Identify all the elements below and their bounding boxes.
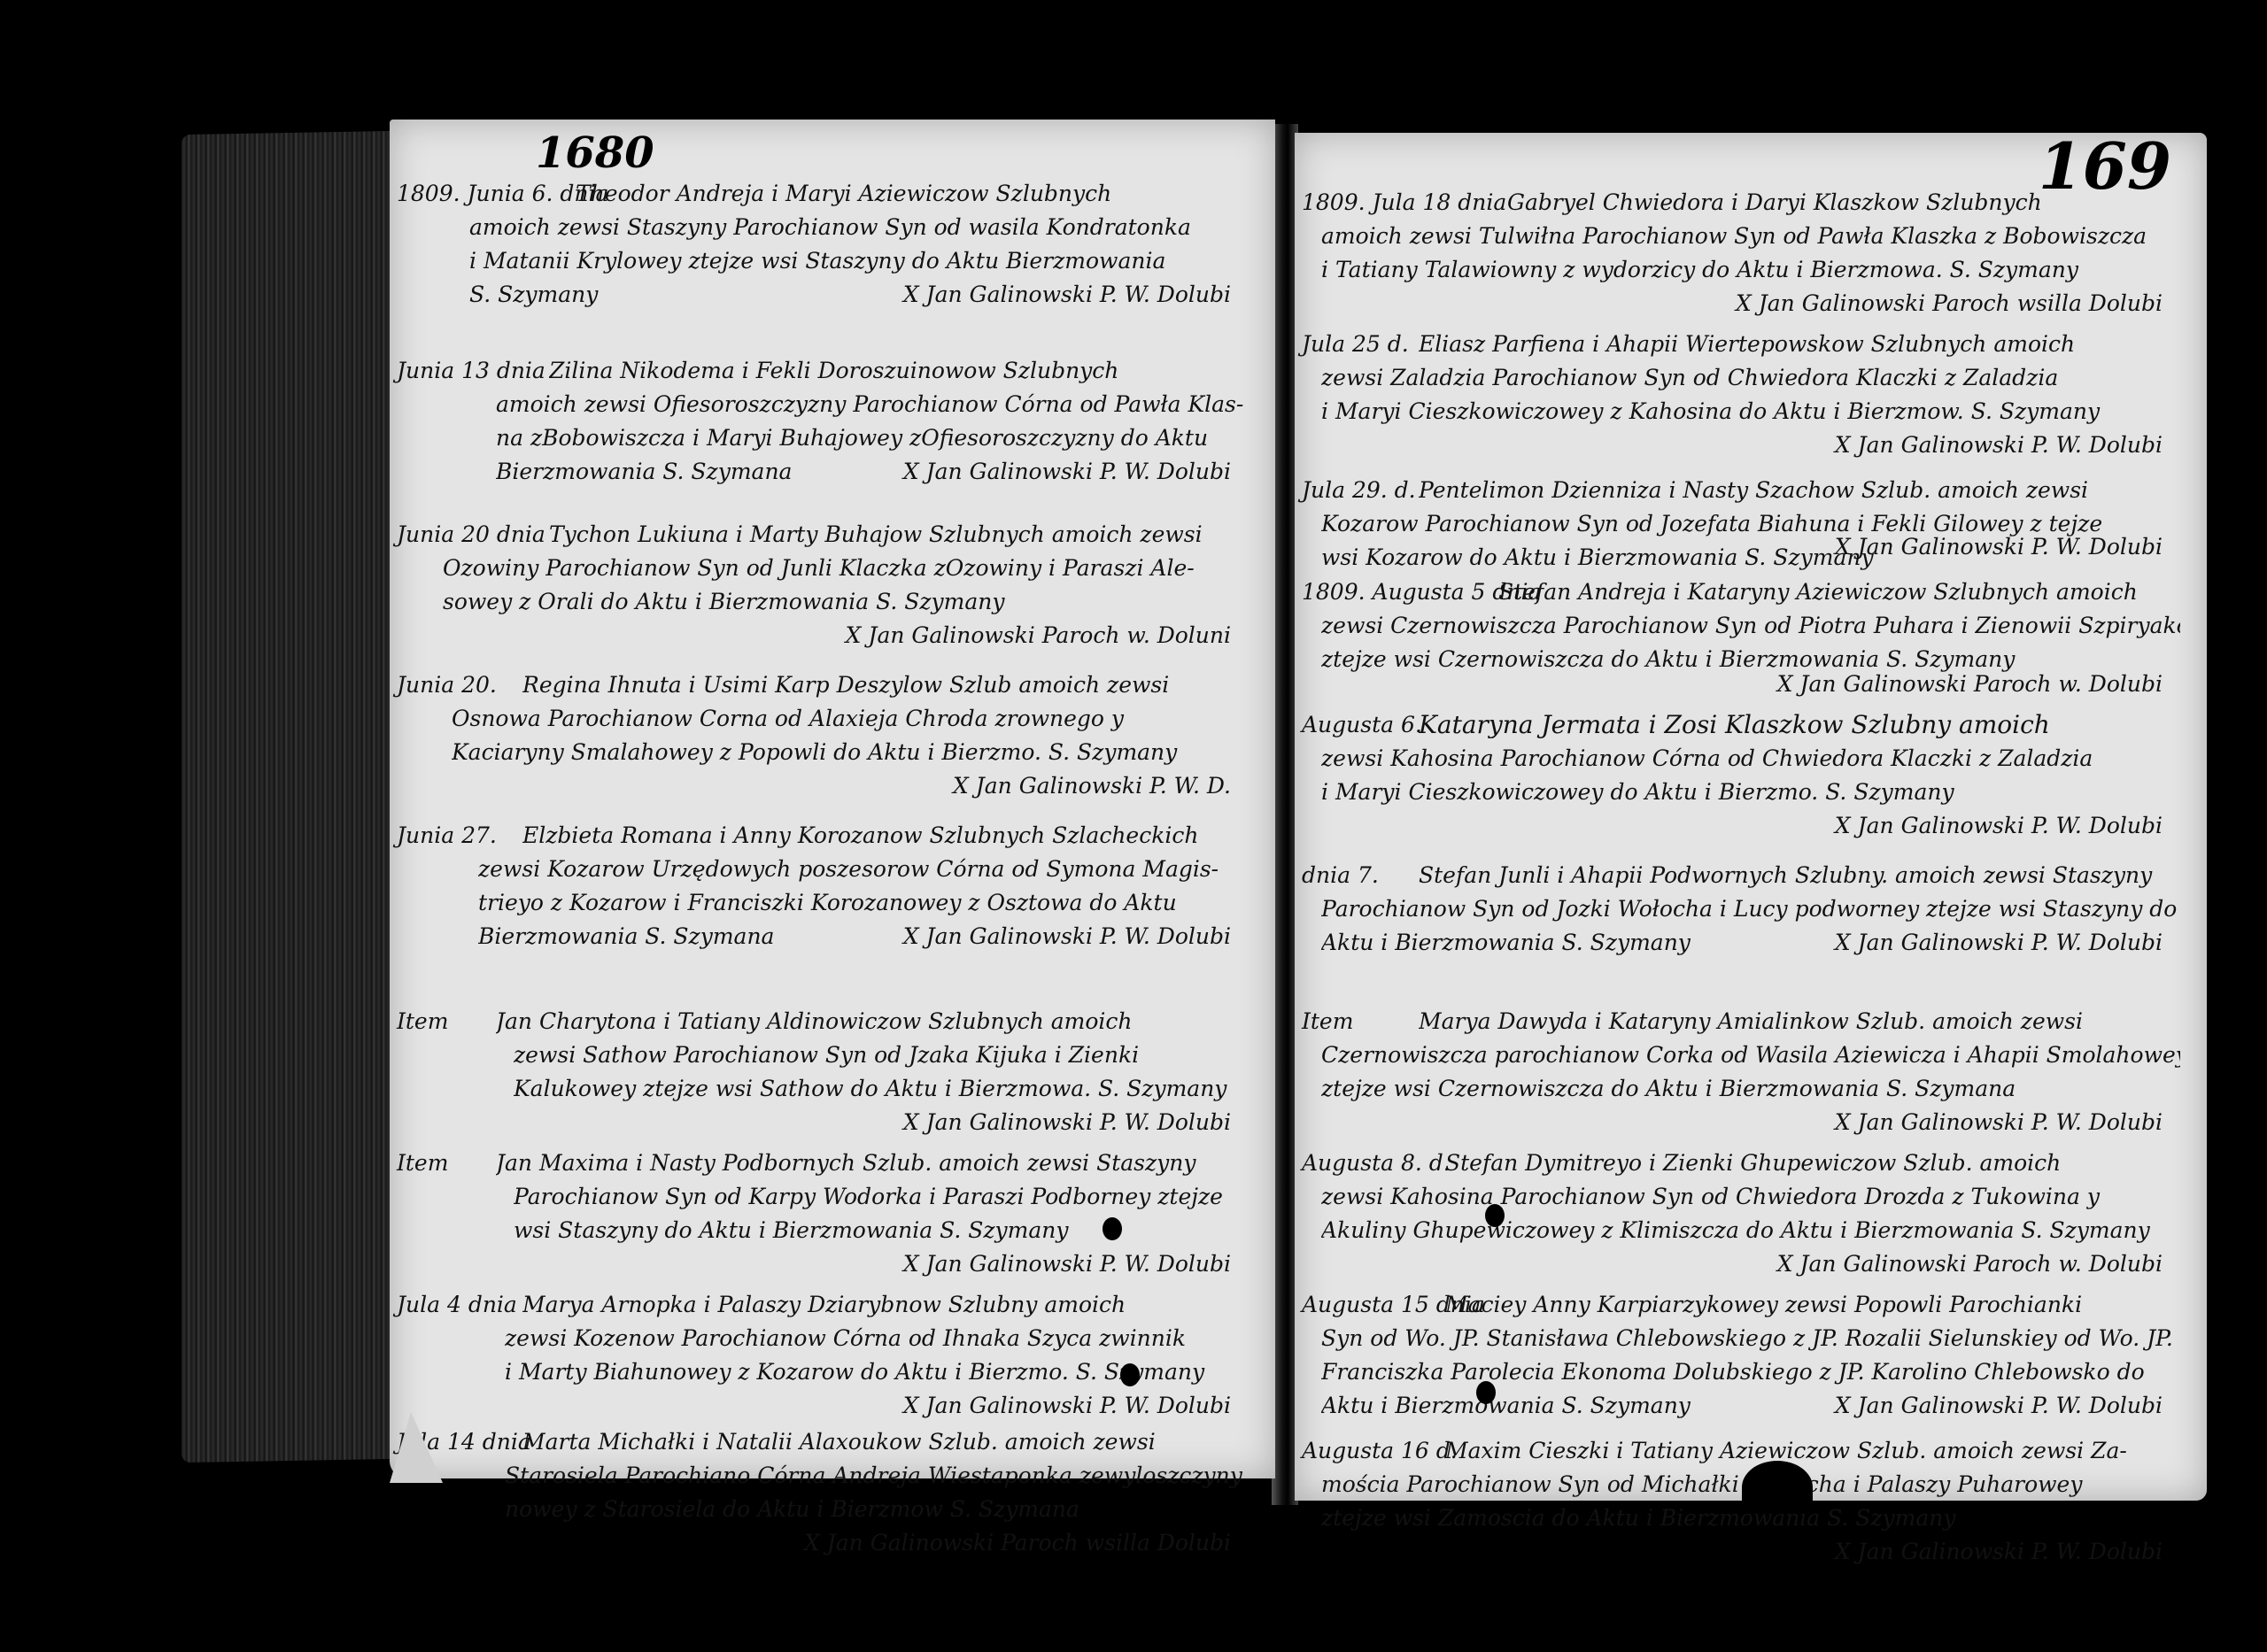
entry-line: zewsi Kahosina Parochianow Syn od Chwied… (1321, 1180, 2180, 1214)
entry-date: 1809. Jula 18 dnia (1302, 186, 1443, 220)
entry-line: Stefan Junli i Ahapii Podwornych Szlubny… (1419, 859, 2180, 892)
priest-signature: X Jan Galinowski P. W. Dolubi (1419, 428, 2180, 462)
entry-line: Osnowa Parochianow Corna od Alaxieja Chr… (452, 702, 1249, 736)
register-entry: Augusta 6. Kataryna Jermata i Zosi Klasz… (1295, 708, 2180, 843)
entry-line: zewsi Sathow Parochianow Syn od Jzaka Ki… (514, 1038, 1249, 1072)
entry-line: Franciszka Parolecia Ekonoma Dolubskiego… (1321, 1355, 2180, 1389)
entry-line: Czernowiszcza parochianow Corka od Wasil… (1321, 1038, 2180, 1072)
entry-line: i Matanii Krylowey ztejze wsi Staszyny d… (469, 244, 1249, 278)
priest-signature: X Jan Galinowski P. W. Dolubi (1419, 809, 2180, 843)
register-entry: 1809. Jula 18 dnia Gabryel Chwiedora i D… (1295, 186, 2180, 320)
left-page: 1680 1809. Junia 6. dnia Theodor Andreja… (390, 120, 1275, 1478)
register-entry: 1809. Junia 6. dnia Theodor Andreja i Ma… (390, 177, 1249, 312)
entry-date: Augusta 6. (1302, 708, 1443, 742)
entry-line: zewsi Kozarow Urzędowych poszesorow Córn… (478, 853, 1249, 886)
entry-date: Junia 27. (397, 819, 538, 853)
register-entry: Jula 29. d. Pentelimon Dzienniza i Nasty… (1295, 474, 2180, 564)
entry-line: i Maryi Cieszkowiczowey do Aktu i Bierzm… (1321, 776, 2180, 809)
entry-line: Marya Arnopka i Palaszy Dziarybnow Szlub… (522, 1288, 1249, 1322)
entry-line: Stefan Dymitreyo i Zienki Ghupewiczow Sz… (1445, 1146, 2180, 1180)
right-page: 169 1809. Jula 18 dnia Gabryel Chwiedora… (1295, 133, 2207, 1501)
entry-date: Augusta 15 dnia (1302, 1288, 1443, 1322)
register-entry: Augusta 16 d. Maxim Cieszki i Tatiany Az… (1295, 1434, 2180, 1569)
register-entry: Item Marya Dawyda i Kataryny Amialinkow … (1295, 1005, 2180, 1139)
entry-date: Jula 29. d. (1302, 474, 1443, 507)
entry-line: Eliasz Parfiena i Ahapii Wiertepowskow S… (1419, 328, 2180, 361)
entry-line: Maciey Anny Karpiarzykowey zewsi Popowli… (1445, 1288, 2180, 1322)
entry-line: wsi Staszyny do Aktu i Bierzmowania S. S… (514, 1214, 1249, 1247)
entry-line: Jan Maxima i Nasty Podbornych Szlub. amo… (496, 1146, 1249, 1180)
entry-line: Parochianow Syn od Karpy Wodorka i Paras… (514, 1180, 1249, 1214)
entry-line: amoich zewsi Tulwiłna Parochianow Syn od… (1321, 220, 2180, 253)
entry-date: Junia 20 dnia (397, 518, 538, 552)
entry-date: Item (1302, 1005, 1443, 1038)
register-entry: Junia 20 dnia Tychon Lukiuna i Marty Buh… (390, 518, 1249, 652)
entry-line: Maxim Cieszki i Tatiany Aziewiczow Szlub… (1445, 1434, 2180, 1468)
priest-signature: X Jan Galinowski Paroch w. Dolubi (1445, 1247, 2180, 1281)
register-entry: Jula 25 d. Eliasz Parfiena i Ahapii Wier… (1295, 328, 2180, 462)
priest-signature: X Jan Galinowski P. W. Dolubi (496, 1106, 1249, 1139)
entry-line: Syn od Wo. JP. Stanisława Chlebowskiego … (1321, 1322, 2180, 1355)
entry-line: i Tatiany Talawiowny z wydorzicy do Aktu… (1321, 253, 2180, 287)
entry-date: Augusta 8. d. (1302, 1146, 1443, 1180)
entry-line: Marya Dawyda i Kataryny Amialinkow Szlub… (1419, 1005, 2180, 1038)
entry-line: Kataryna Jermata i Zosi Klaszkow Szlubny… (1419, 708, 2180, 742)
book-page-edges (182, 131, 394, 1463)
torn-page-edge (1742, 1461, 1813, 1514)
entry-line: Marta Michałki i Natalii Alaxoukow Szlub… (522, 1425, 1249, 1459)
entry-line: Akuliny Ghupewiczowey z Klimiszcza do Ak… (1321, 1214, 2180, 1247)
priest-signature: X Jan Galinowski P. W. Dolubi (1419, 1106, 2180, 1139)
entry-line: Gabryel Chwiedora i Daryi Klaszkow Szlub… (1507, 186, 2180, 220)
priest-signature: X Jan Galinowski Paroch wsilla Dolubi (522, 1526, 1249, 1560)
register-entry: Augusta 15 dnia Maciey Anny Karpiarzykow… (1295, 1288, 2180, 1423)
entry-line: amoich zewsi Staszyny Parochianow Syn od… (469, 211, 1249, 244)
entry-line: trieyo z Kozarow i Franciszki Korozanowe… (478, 886, 1249, 920)
register-entry: Jula 4 dnia Marya Arnopka i Palaszy Dzia… (390, 1288, 1249, 1423)
entry-date: Item (397, 1005, 538, 1038)
entry-line: Ozowiny Parochianow Syn od Junli Klaczka… (443, 552, 1249, 585)
priest-signature: X Jan Galinowski P. W. Dolubi (496, 1247, 1249, 1281)
priest-signature: X Jan Galinowski P. W. Dolubi (522, 1389, 1249, 1423)
entry-line: Tychon Lukiuna i Marty Buhajow Szlubnych… (549, 518, 1249, 552)
entry-line: Jan Charytona i Tatiany Aldinowiczow Szl… (496, 1005, 1249, 1038)
entry-line: Theodor Andreja i Maryi Aziewiczow Szlub… (576, 177, 1249, 211)
entry-date: dnia 7. (1302, 859, 1443, 892)
entry-date: Junia 13 dnia (397, 354, 538, 388)
entry-date: Jula 4 dnia (397, 1288, 538, 1322)
entry-line: Regina Ihnuta i Usimi Karp Deszylow Szlu… (522, 668, 1249, 702)
entry-date: 1809. Augusta 5 dnia (1302, 575, 1443, 609)
entry-line: Kaciaryny Smalahowey z Popowli do Aktu i… (452, 736, 1249, 769)
entry-line: Pentelimon Dzienniza i Nasty Szachow Szl… (1419, 474, 2180, 507)
entry-line: Zilina Nikodema i Fekli Doroszuinowow Sz… (549, 354, 1249, 388)
binding-hole (1485, 1204, 1505, 1227)
entry-line: Stefan Andreja i Kataryny Aziewiczow Szl… (1498, 575, 2180, 609)
binding-hole (1120, 1363, 1140, 1386)
register-entry: Item Jan Charytona i Tatiany Aldinowiczo… (390, 1005, 1249, 1139)
register-entry: Augusta 8. d. Stefan Dymitreyo i Zienki … (1295, 1146, 2180, 1281)
entry-line: i Maryi Cieszkowiczowey z Kahosina do Ak… (1321, 395, 2180, 428)
entry-line: Parochianow Syn od Jozki Wołocha i Lucy … (1321, 892, 2180, 926)
entry-line: nowey z Starosiela do Aktu i Bierzmow S.… (505, 1493, 1249, 1526)
binding-hole (1103, 1217, 1122, 1240)
entry-line: Elzbieta Romana i Anny Korozanow Szlubny… (522, 819, 1249, 853)
priest-signature: X Jan Galinowski Paroch wsilla Dolubi (1507, 287, 2180, 320)
entry-date: 1809. Junia 6. dnia (397, 177, 538, 211)
entry-date: Jula 25 d. (1302, 328, 1443, 361)
entry-line: zewsi Zaladzia Parochianow Syn od Chwied… (1321, 361, 2180, 395)
priest-signature: X Jan Galinowski P. W. D. (522, 769, 1249, 803)
entry-line: Kalukowey ztejze wsi Sathow do Aktu i Bi… (514, 1072, 1249, 1106)
register-entry: Junia 27. Elzbieta Romana i Anny Korozan… (390, 819, 1249, 953)
register-entry: Junia 20. Regina Ihnuta i Usimi Karp Des… (390, 668, 1249, 803)
register-entry: dnia 7. Stefan Junli i Ahapii Podwornych… (1295, 859, 2180, 960)
priest-signature: X Jan Galinowski P. W. Dolubi (1445, 1535, 2180, 1569)
entry-line: Starosiela Parochiano Córna Andreja Wies… (505, 1459, 1249, 1493)
binding-hole (1476, 1381, 1496, 1404)
entry-line: ztejze wsi Czernowiszcza do Aktu i Bierz… (1321, 1072, 2180, 1106)
entry-line: na zBobowiszcza i Maryi Buhajowey zOfies… (496, 421, 1249, 455)
entry-line: zewsi Kozenow Parochianow Córna od Ihnak… (505, 1322, 1249, 1355)
register-entry: Jula 14 dnia Marta Michałki i Natalii Al… (390, 1425, 1249, 1560)
entry-line: amoich zewsi Ofiesoroszczyzny Parochiano… (496, 388, 1249, 421)
entry-date: Augusta 16 d. (1302, 1434, 1443, 1468)
register-entry: 1809. Augusta 5 dnia Stefan Andreja i Ka… (1295, 575, 2180, 701)
entry-date: Item (397, 1146, 538, 1180)
register-entry: Item Jan Maxima i Nasty Podbornych Szlub… (390, 1146, 1249, 1281)
register-entry: Junia 13 dnia Zilina Nikodema i Fekli Do… (390, 354, 1249, 489)
priest-signature: X Jan Galinowski Paroch w. Doluni (549, 619, 1249, 652)
entry-line: zewsi Czernowiszcza Parochianow Syn od P… (1321, 609, 2180, 643)
entry-date: Junia 20. (397, 668, 538, 702)
page-number-left: 1680 (536, 128, 654, 178)
entry-line: sowey z Orali do Aktu i Bierzmowania S. … (443, 585, 1249, 619)
priest-signature: X Jan Galinowski P. W. Dolubi (576, 278, 1249, 312)
entry-line: zewsi Kahosina Parochianow Córna od Chwi… (1321, 742, 2180, 776)
